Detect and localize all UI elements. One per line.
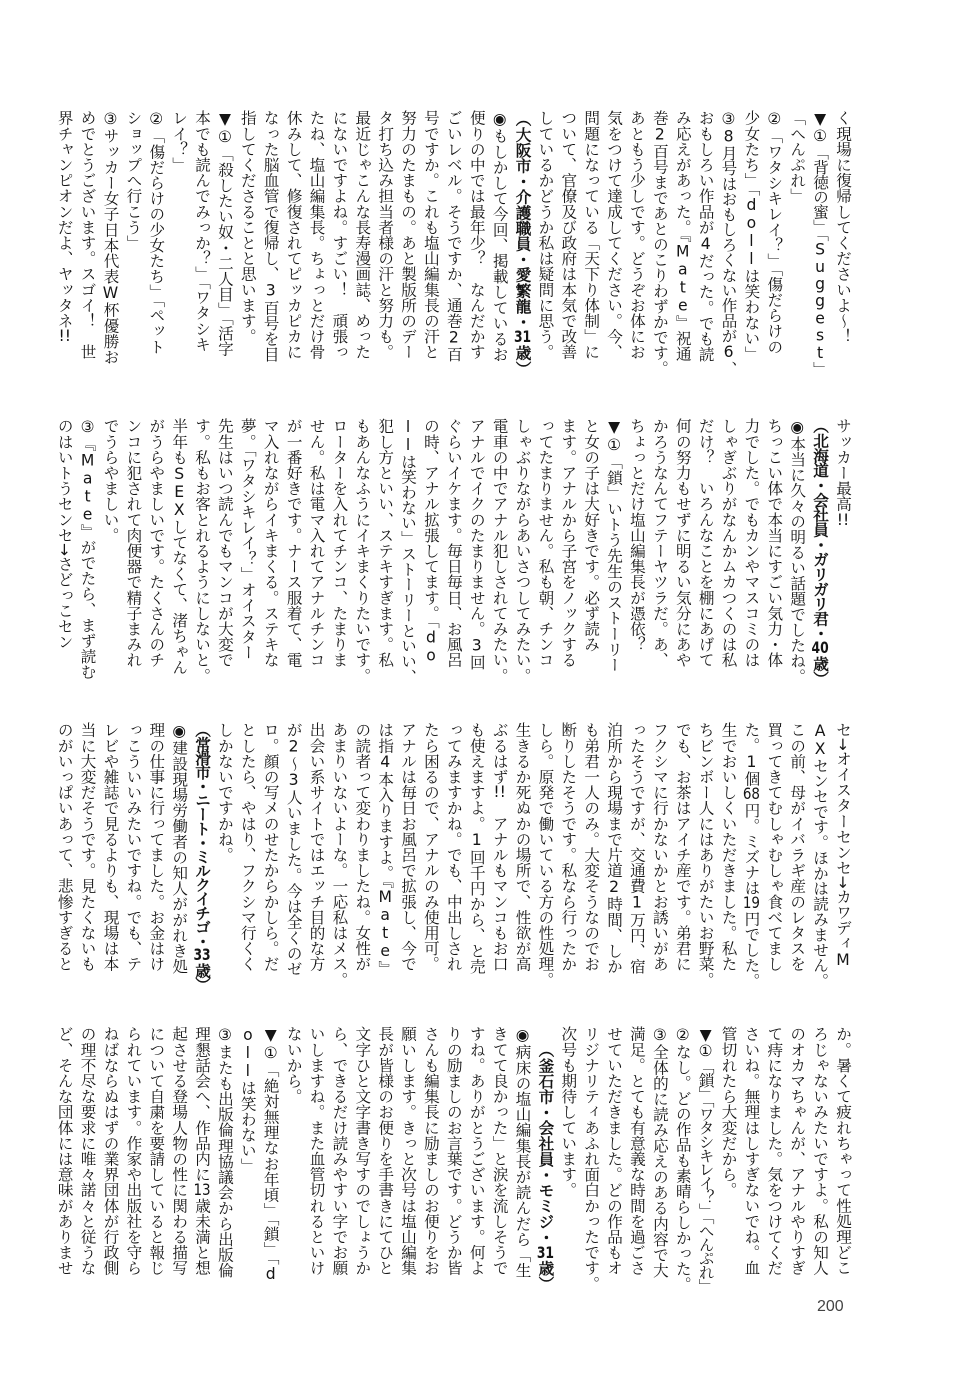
text-line: か。暑くて疲れちゃって性処理どこ	[831, 1026, 854, 1292]
text-line: リジナリティあふれ面白かったです。	[579, 1026, 602, 1292]
text-line: と女の子は大好きです。必ず読み	[579, 418, 602, 684]
text-line: りの励ましのお言葉です。どうか皆	[442, 1026, 465, 1292]
text-line: 何の努力もせずに明るい気分にあや	[671, 418, 694, 684]
text-line: 先生はいつ読んでもマンコが大変で	[213, 418, 236, 684]
text-line: 次号も期待しています。	[556, 1026, 579, 1292]
text-line: でも、お茶はアイチ産です。弟君に	[671, 722, 694, 988]
text-line: ②なし。どの作品も素晴らしかった。	[671, 1026, 694, 1292]
text-line: でうらやましい。	[99, 418, 122, 684]
text-line: たら困るので、アナルのみ使用可。	[419, 722, 442, 988]
text-line: フクシマに行かないかとお誘いがあ	[648, 722, 671, 988]
text-line: ってみますかね。でも、中出しされ	[442, 722, 465, 988]
text-line: た。1個68円。ミズナは19円でした。	[740, 722, 763, 988]
text-line: ら、できるだけ読みやすい字でお願	[328, 1026, 351, 1292]
text-line: 理懇話会へ、作品内に13歳未満と想	[190, 1026, 213, 1292]
text-line: す。私もお客とれるようにしないと。	[190, 418, 213, 684]
text-line: ◉建設現場労働者の知人ががれき処	[167, 722, 190, 988]
text-line: 断りしたそうです。私なら行ったか	[556, 722, 579, 988]
text-line: もあんなふうにイキまくりたいです。	[350, 418, 373, 684]
text-line: ◉病床の塩山編集長が読んだら「生	[511, 1026, 534, 1292]
text-line: 気をつけて達成してください。今、	[602, 110, 625, 376]
text-line: ◉もしかして今回、掲載しているお	[488, 110, 511, 376]
text-line: ったそうですが、交通費1万円、宿	[625, 722, 648, 988]
text-line: アナルでイクのたまりません。3回	[465, 418, 488, 684]
text-line: 願いします。きっと次号は塩山編集	[396, 1026, 419, 1292]
text-line: ぶるはず!! アナルもマンコもお口	[488, 722, 511, 988]
text-line: いしますね。また血管切れるといけ	[305, 1026, 328, 1292]
text-line: のはいトうセンセ→さどっこセン	[53, 418, 76, 684]
text-line: のオカマちゃんが、アナルやりすぎ	[785, 1026, 808, 1292]
page-number: 200	[817, 1299, 844, 1315]
text-line: 当に大変だそうです。見たくないも	[76, 722, 99, 988]
text-line: llは笑わない」ストーリーといい、	[396, 418, 419, 684]
text-line: られています。作家や出版社を守ら	[122, 1026, 145, 1292]
text-line: ちっこい体で本当にすごい気力・体	[762, 418, 785, 684]
text-line: 半年もSEXしてなくて、渚ちゃん	[167, 418, 190, 684]
text-line: さんも編集長に励ましのお便りをお	[419, 1026, 442, 1292]
text-row-4: か。暑くて疲れちゃって性処理どこ ろじゃないみたいですよ。私の知人 のオカマちゃ…	[52, 1026, 854, 1292]
reader-attribution: （釜石市・会社員・モミジ・31歳）	[534, 1026, 557, 1292]
text-line: すね。ありがとうございます。何よ	[465, 1026, 488, 1292]
text-line: ろじゃないみたいですよ。私の知人	[808, 1026, 831, 1292]
text-line: ▼①「背徳の蜜」「Suggest」	[808, 110, 831, 376]
text-line: ローターを入れてチンコ、たまりま	[328, 418, 351, 684]
text-line: しゃぎぶりがなんかムカつくのは私	[717, 418, 740, 684]
text-line: ついて、官僚及び政府は本気で改善	[556, 110, 579, 376]
text-line: としたら、やはり、フクシマ行くく	[236, 722, 259, 988]
text-line: AXセンセです。ほかは読みません。	[808, 722, 831, 988]
text-line: おもしろい作品が4だった。でも読	[694, 110, 717, 376]
text-line: 泊所から現場まで片道2時間、しか	[602, 722, 625, 988]
text-line: 指してくださることと思います。	[236, 110, 259, 376]
text-line: ンコに犯されて肉便器で精子まみれ	[122, 418, 145, 684]
text-line: レイ？」	[167, 110, 190, 376]
text-line: ②「傷だらけの少女たち」「ペット	[144, 110, 167, 376]
text-line: ③またも出版倫理協議会から出版倫	[213, 1026, 236, 1292]
text-line: ◉本当に久々の明るい話題でしたね。	[785, 418, 808, 684]
text-line: て痔になりました。気をつけてくだ	[762, 1026, 785, 1292]
text-line: も弟君一人のみ。大変そうなのでお	[579, 722, 602, 988]
text-line: 文字ひと文字書き写すのでしょうか	[350, 1026, 373, 1292]
text-line: ▼①「鎖」「ワタシキレイ？」「へんぷれ」	[694, 1026, 717, 1292]
text-line: が一番好きです。ナース服着て、電	[282, 418, 305, 684]
text-line: きてて良かった」と涙を流しそうで	[488, 1026, 511, 1292]
text-line: み応えがあった。『Mate』祝通	[671, 110, 694, 376]
reader-attribution: （北海道・会社員・ガリガリ君・40歳）	[808, 418, 831, 684]
text-line: く現場に復帰してくださいよ〜！	[831, 110, 854, 376]
text-line: ってたまりません。私も朝、チンコ	[534, 418, 557, 684]
text-line: の読者って変わりましたね。女性が	[350, 722, 373, 988]
text-line: 犯し方といい、ステキすぎます。私	[373, 418, 396, 684]
text-line: 理の仕事に行ってました。お金はけ	[144, 722, 167, 988]
text-line: 「へんぷれ」	[785, 110, 808, 376]
text-line: せていただきました。どの作品もオ	[602, 1026, 625, 1292]
text-line: も使えますよ。1回千円から、と売	[465, 722, 488, 988]
text-row-1: く現場に復帰してくださいよ〜！ ▼①「背徳の蜜」「Suggest」 「へんぷれ」…	[52, 110, 854, 376]
text-line: 生でおいしくいただきました。私た	[717, 722, 740, 988]
text-line: にないですよね。すごい！ 頑張っ	[328, 110, 351, 376]
text-line: なった脳血管で復帰し、3百号を目	[259, 110, 282, 376]
text-line: 起させる登場人物の性に関わる描写	[167, 1026, 190, 1292]
text-line: サッカー最高!!	[831, 418, 854, 684]
text-row-3: セ→オイスターセンセ→カワディM AXセンセです。ほかは読みません。 この前、母…	[52, 722, 854, 988]
text-line: せん。私は電マ入れてアナルチンコ	[305, 418, 328, 684]
text-line: たね、塩山編集長。ちょっとだけ骨	[305, 110, 328, 376]
text-line: 力でした。でもカンやマスコミのは	[740, 418, 763, 684]
text-line: めでとうございます。スゴイ！ 世	[76, 110, 99, 376]
text-line: ごいレベル。そうですか、通巻2百	[442, 110, 465, 376]
text-line: ロ。顔の写メのせたからかしら。だ	[259, 722, 282, 988]
text-line: ③サッカー女子日本代表W杯優勝お	[99, 110, 122, 376]
text-line: 本でも読んでみっか？」「ワタシキ	[190, 110, 213, 376]
text-line: ▼①「鎖」いトう先生のストーリー	[602, 418, 625, 684]
text-line: 買ってきてむしゃむしゃ食べてまし	[762, 722, 785, 988]
text-line: ないから。	[282, 1026, 305, 1292]
text-line: しかないですかね。	[213, 722, 236, 988]
text-line: 界チャンピオンだよ、ヤッタネ!!	[53, 110, 76, 376]
text-line: がうらやましいです。たくさんのチ	[144, 418, 167, 684]
text-line: あともう少しです。どうぞお体にお	[625, 110, 648, 376]
text-line: 生きるか死ぬかの場所で、性欲が高	[511, 722, 534, 988]
text-line: のがいっぱいあって、悲惨すぎると	[53, 722, 76, 988]
text-line: 巻2百号まであとのこりわずかです。	[648, 110, 671, 376]
text-line: この前、母がイバラギ産のレタスを	[785, 722, 808, 988]
text-line: 号ですか。これも塩山編集長の汗と	[419, 110, 442, 376]
text-line: 電車の中でアナル犯しされてみたい。	[488, 418, 511, 684]
text-line: について自粛を要請していると報じ	[144, 1026, 167, 1292]
text-line: ▼①「絶対無理なお年頃」「鎖」「d	[259, 1026, 282, 1292]
text-line: が2〜3人いました。今は全くのゼ	[282, 722, 305, 988]
text-line: 夢。「ワタシキレイ？」オイスター	[236, 418, 259, 684]
text-line: ③8月号はおもしろくない作品が6、	[717, 110, 740, 376]
text-line: かろうなんてフテーヤツラだ。あ、	[648, 418, 671, 684]
text-line: マ入れながらイキまくる。ステキな	[259, 418, 282, 684]
text-line: あまりいないよーな。一応私はメス。	[328, 722, 351, 988]
reader-attribution: （大阪市・介護職員・愛繁龍・31歳）	[511, 110, 534, 376]
text-line: 便りの中では最年少？ なんだかす	[465, 110, 488, 376]
text-line: 休みして、修復されてピッカピカに	[282, 110, 305, 376]
text-line: の時、アナル拡張してます。「do	[419, 418, 442, 684]
text-line: ちょっとだけ塩山編集長が憑依？	[625, 418, 648, 684]
text-line: ます。アナルから子宮をノックする	[556, 418, 579, 684]
reader-attribution: （常滑市・ニート・ミルクイチゴ・33歳）	[190, 722, 213, 988]
text-line: ショップへ行こう」	[122, 110, 145, 376]
text-line: ③全体的に読み応えのある内容で大	[648, 1026, 671, 1292]
text-line: ▼①「殺したい奴・二人目」「活字	[213, 110, 236, 376]
text-line: ollは笑わない」	[236, 1026, 259, 1292]
text-line: ③『Mate』がでたら、まず読む	[76, 418, 99, 684]
text-line: しら。原発で働いている方の性処理。	[534, 722, 557, 988]
text-line: ど、そんな団体には意味がありませ	[53, 1026, 76, 1292]
text-line: は指4本入りますよ。『Mate』	[373, 722, 396, 988]
text-line: 少女たち」「dollは笑わない」	[740, 110, 763, 376]
text-line: ぐらいイケます。毎日毎日、お風呂	[442, 418, 465, 684]
text-line: 努力のたまもの。あと製版所のデー	[396, 110, 419, 376]
text-row-2: サッカー最高!! （北海道・会社員・ガリガリ君・40歳） ◉本当に久々の明るい話…	[52, 418, 854, 684]
text-line: ねばならぬはずの業界団体が行政側	[99, 1026, 122, 1292]
text-line: 満足。とても有意義な時間を過ごさ	[625, 1026, 648, 1292]
text-line: さいね。無理はしすぎないでね。血	[740, 1026, 763, 1292]
text-line: だけ？ いろんなことを棚にあげて	[694, 418, 717, 684]
text-line: 問題になっている「天下り体制」に	[579, 110, 602, 376]
text-line: の理不尽な要求に唯々諾々と従うな	[76, 1026, 99, 1292]
text-line: セ→オイスターセンセ→カワディM	[831, 722, 854, 988]
text-line: しているかどうか私は疑問に思う。	[534, 110, 557, 376]
text-line: 長が皆様のお便りを手書きにてひと	[373, 1026, 396, 1292]
text-line: っこういいみたいですね。でも、テ	[122, 722, 145, 988]
text-line: レビや雑誌で見るよりも、現場は本	[99, 722, 122, 988]
text-line: 出会い系サイトではエッチ目的な方	[305, 722, 328, 988]
text-line: ちビンボー人にはありがたいお野菜。	[694, 722, 717, 988]
text-line: しゃぶりながらあいさつしてみたい。	[511, 418, 534, 684]
text-line: アナルは毎日お風呂で拡張し、今で	[396, 722, 419, 988]
text-line: 管切れたら大変だから。	[717, 1026, 740, 1292]
text-line: 最近じゃこんな長寿漫画誌、めった	[350, 110, 373, 376]
text-line: ②「ワタシキレイ？」「傷だらけの	[762, 110, 785, 376]
text-line: タ打ち込み担当者様の汗と努力も。	[373, 110, 396, 376]
